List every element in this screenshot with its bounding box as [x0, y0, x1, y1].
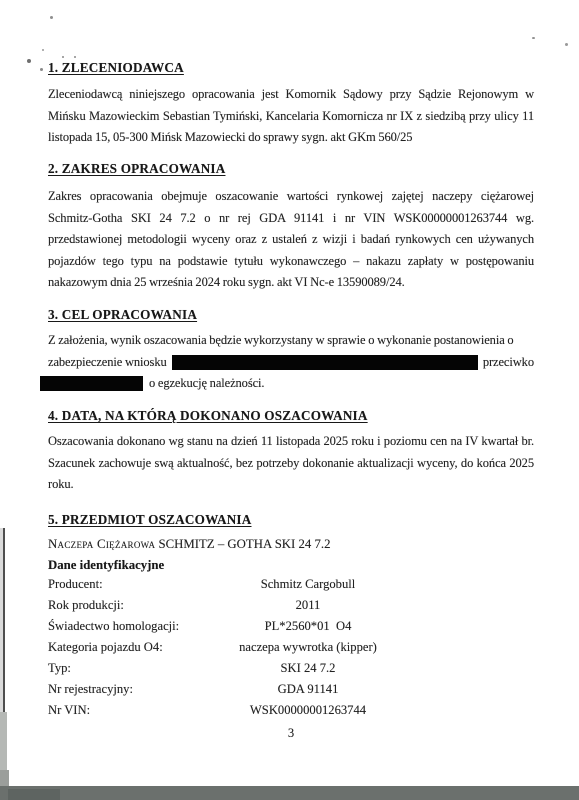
cel-text-before-redaction: zabezpieczenie wniosku [48, 352, 167, 374]
row-label: Producent: [48, 577, 103, 592]
scan-speck [27, 59, 31, 63]
vehicle-title-model: SCHMITZ – GOTHA SKI 24 7.2 [155, 537, 330, 551]
redaction-bar [40, 376, 143, 391]
row-value: GDA 91141 [118, 682, 498, 697]
section-body-zleceniodawca: Zleceniodawcą niniejszego opracowania je… [48, 84, 534, 149]
row-value: WSK00000001263744 [118, 703, 498, 718]
section-body-cel: Z założenia, wynik oszacowania będzie wy… [48, 330, 534, 395]
row-value: Schmitz Cargobull [118, 577, 498, 592]
page-number: 3 [48, 726, 534, 741]
row-value: PL*2560*01 O4 [118, 619, 498, 634]
cel-line-3: o egzekucję należności. [48, 373, 534, 395]
scan-speck [50, 16, 53, 19]
identification-table: Producent: Schmitz Cargobull Rok produkc… [48, 577, 534, 724]
scanner-bottom-bar-shade [8, 789, 60, 800]
cel-line-1: Z założenia, wynik oszacowania będzie wy… [48, 330, 534, 352]
row-label: Rok produkcji: [48, 598, 124, 613]
row-value: SKI 24 7.2 [118, 661, 498, 676]
table-row: Nr rejestracyjny: GDA 91141 [48, 682, 534, 703]
cel-text: Z założenia, wynik oszacowania będzie wy… [48, 330, 514, 352]
row-value: 2011 [118, 598, 498, 613]
cel-line-2: zabezpieczenie wniosku przeciwko [48, 352, 534, 374]
scan-speck [74, 56, 76, 58]
section-heading-data-oszacowania: 4. DATA, NA KTÓRĄ DOKONANO OSZACOWANIA [48, 408, 534, 424]
table-row: Producent: Schmitz Cargobull [48, 577, 534, 598]
row-value: naczepa wywrotka (kipper) [118, 640, 498, 655]
table-row: Świadectwo homologacji: PL*2560*01 O4 [48, 619, 534, 640]
identification-table-title: Dane identyfikacyjne [48, 558, 164, 573]
redaction-bar [172, 355, 478, 370]
vehicle-title-type: Naczepa Ciężarowa [48, 537, 155, 551]
scan-speck [40, 68, 43, 71]
vehicle-title: Naczepa Ciężarowa SCHMITZ – GOTHA SKI 24… [48, 537, 534, 552]
scan-speck [42, 49, 44, 51]
section-body-data-oszacowania: Oszacowania dokonano wg stanu na dzień 1… [48, 431, 534, 496]
table-row: Nr VIN: WSK00000001263744 [48, 703, 534, 724]
section-body-zakres: Zakres opracowania obejmuje oszacowanie … [48, 186, 534, 294]
scan-edge-shadow [0, 770, 9, 786]
table-row: Kategoria pojazdu O4: naczepa wywrotka (… [48, 640, 534, 661]
table-row: Typ: SKI 24 7.2 [48, 661, 534, 682]
section-heading-przedmiot: 5. PRZEDMIOT OSZACOWANIA [48, 512, 534, 528]
cel-text-after-redaction: przeciwko [483, 352, 534, 374]
section-heading-cel: 3. CEL OPRACOWANIA [48, 307, 534, 323]
cel-text-closing: o egzekucję należności. [149, 373, 264, 395]
row-label: Nr VIN: [48, 703, 90, 718]
scan-speck [62, 56, 64, 58]
scanner-bottom-bar [0, 786, 579, 800]
scan-speck [565, 43, 568, 46]
scan-speck [532, 37, 535, 39]
table-row: Rok produkcji: 2011 [48, 598, 534, 619]
section-heading-zleceniodawca: 1. ZLECENIODAWCA [48, 60, 534, 76]
section-heading-zakres: 2. ZAKRES OPRACOWANIA [48, 161, 534, 177]
row-label: Typ: [48, 661, 71, 676]
scanned-document-page: 1. ZLECENIODAWCA Zleceniodawcą niniejsze… [0, 0, 579, 800]
